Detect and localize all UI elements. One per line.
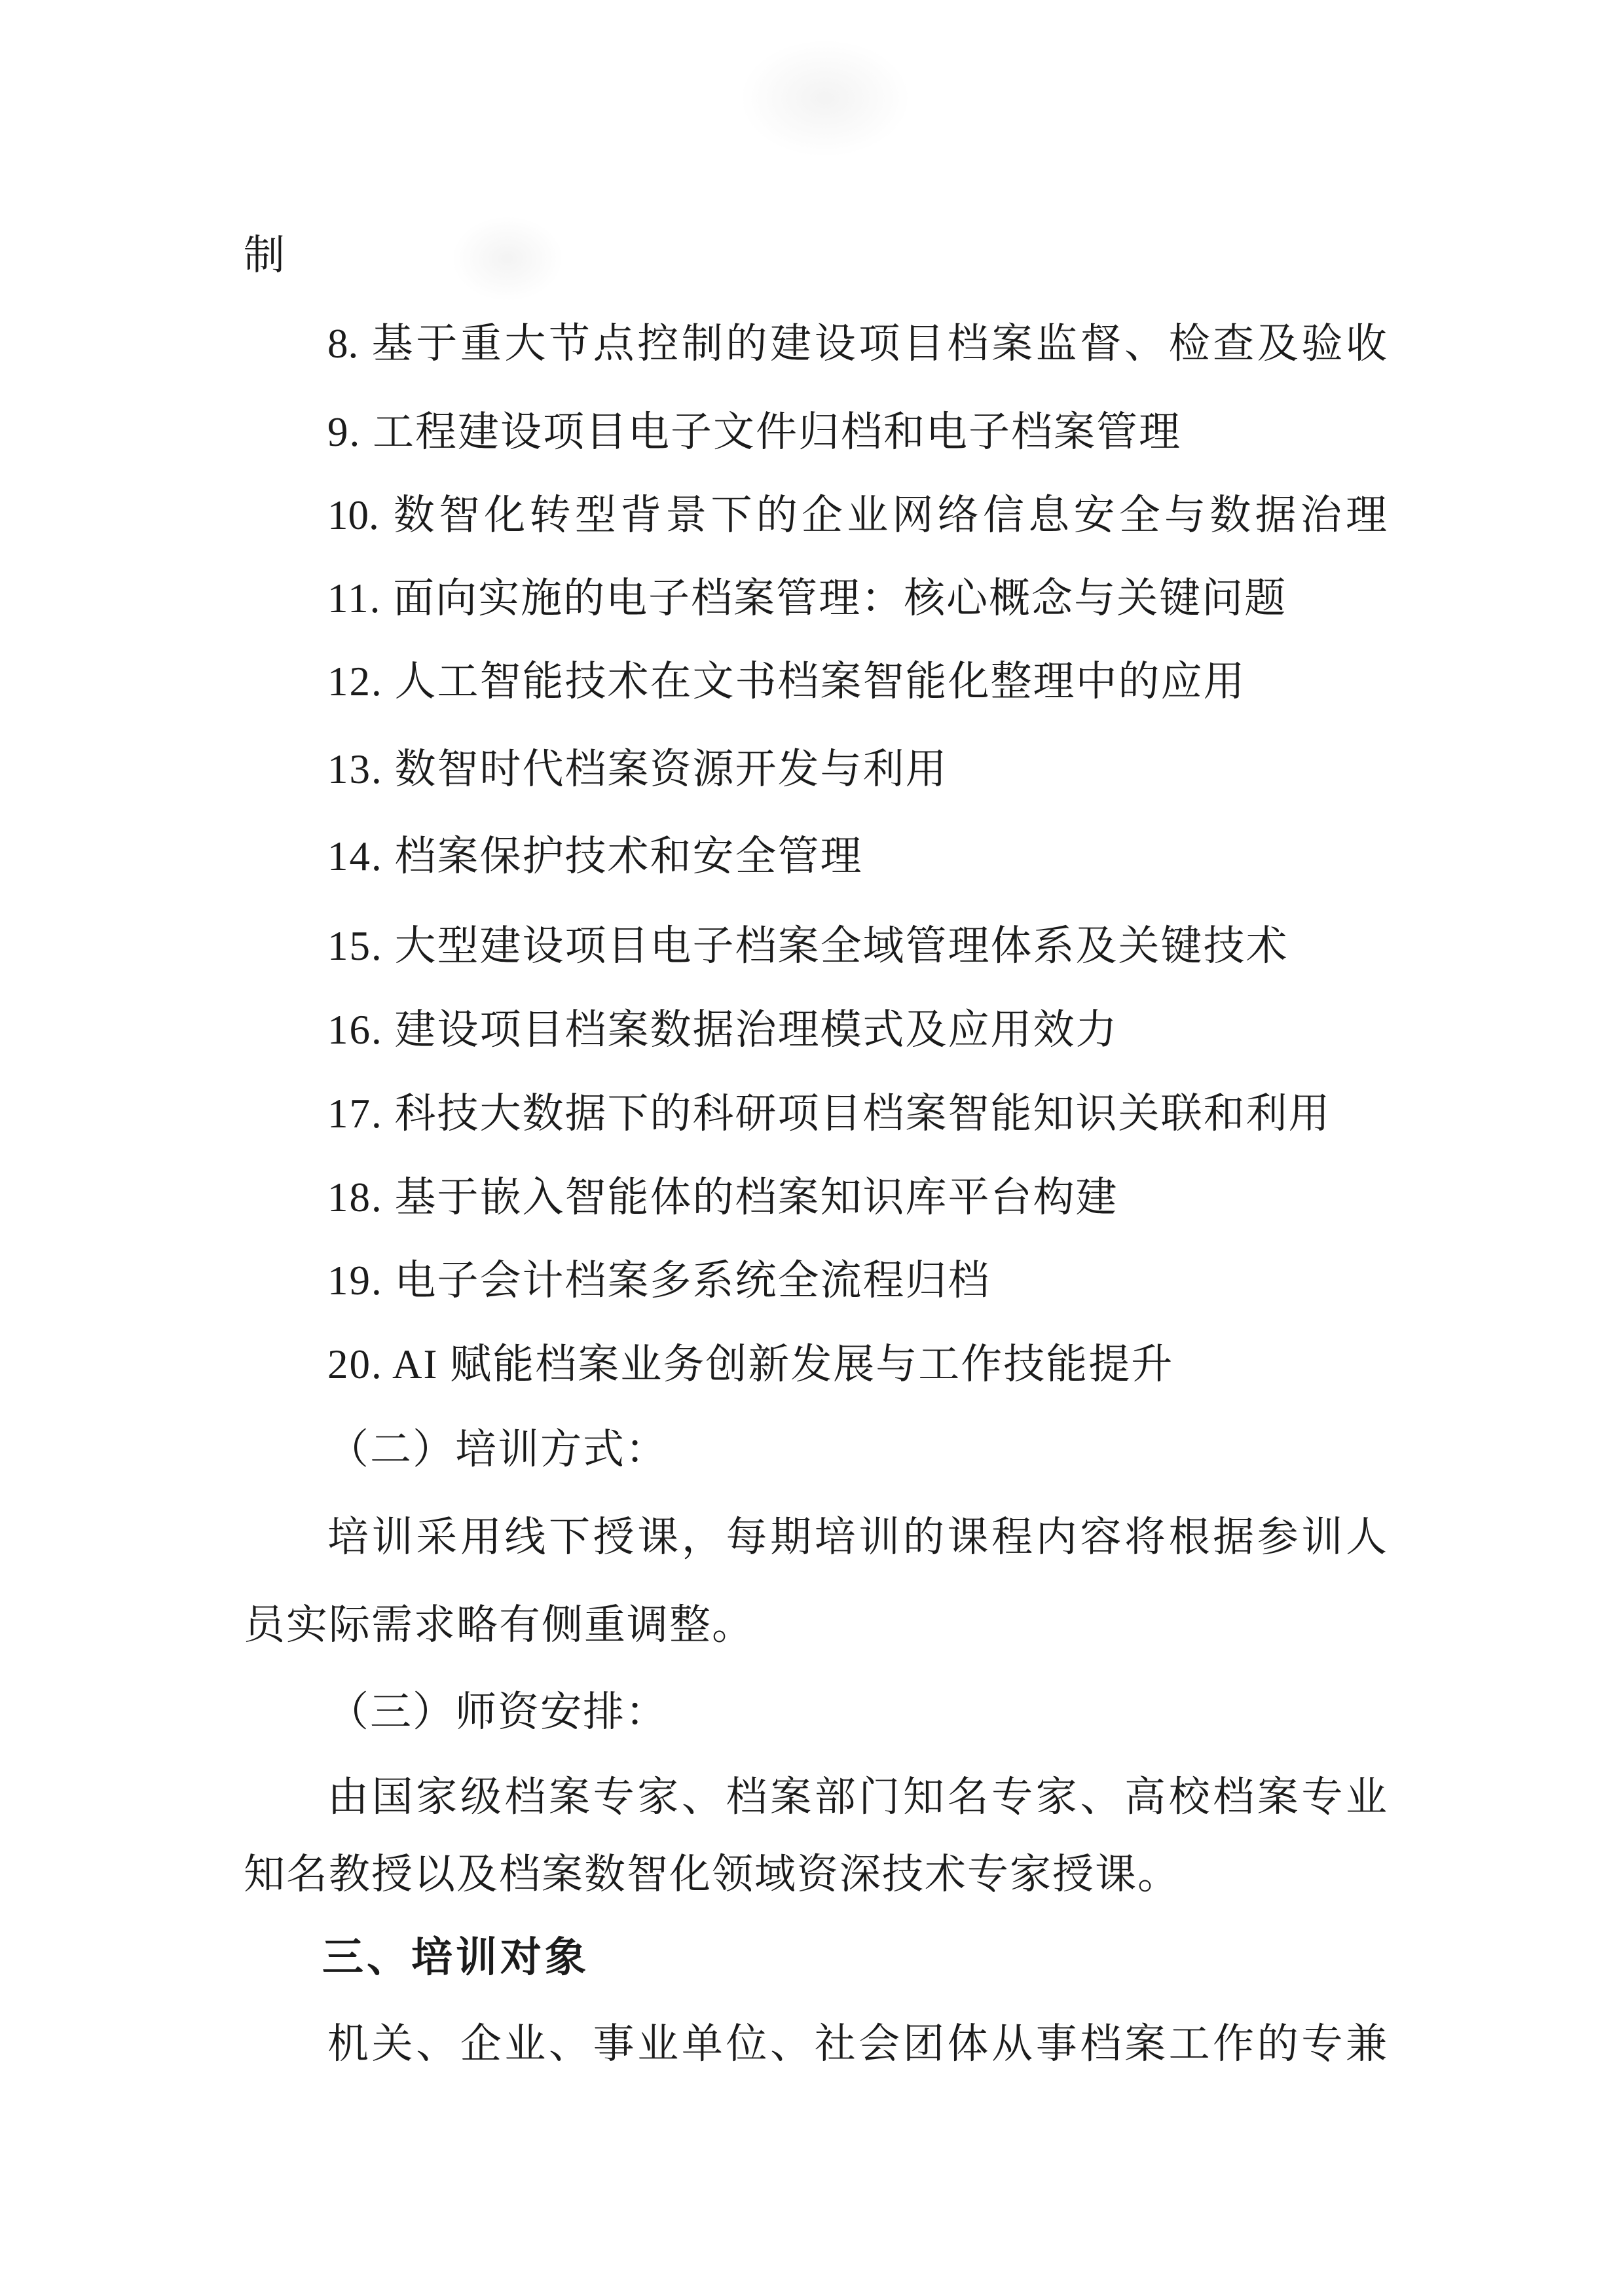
subheading-teacher-arrangement: （三）师资安排： [327, 1692, 668, 1733]
document-page: 制 8. 基于重大节点控制的建设项目档案监督、检查及验收 9. 工程建设项目电子… [0, 0, 1624, 2296]
course-item-18: 18. 基于嵌入智能体的档案知识库平台构建 [327, 1177, 1118, 1218]
teacher-arrangement-paragraph-line2: 知名教授以及档案数智化领域资深技术专家授课。 [244, 1854, 1180, 1895]
course-item-11: 11. 面向实施的电子档案管理：核心概念与关键问题 [327, 578, 1287, 619]
training-method-paragraph-line2: 员实际需求略有侧重调整。 [244, 1605, 754, 1646]
section-heading-training-target: 三、培训对象 [322, 1937, 589, 1978]
training-method-paragraph-line1: 培训采用线下授课，每期培训的课程内容将根据参训人 [327, 1517, 1387, 1558]
course-item-16: 16. 建设项目档案数据治理模式及应用效力 [327, 1010, 1118, 1051]
course-item-12: 12. 人工智能技术在文书档案智能化整理中的应用 [327, 661, 1246, 702]
course-item-8: 8. 基于重大节点控制的建设项目档案监督、检查及验收 [327, 323, 1387, 365]
course-item-10: 10. 数智化转型背景下的企业网络信息安全与数据治理 [327, 495, 1387, 536]
course-item-14: 14. 档案保护技术和安全管理 [327, 836, 863, 877]
teacher-arrangement-paragraph-line1: 由国家级档案专家、档案部门知名专家、高校档案专业 [327, 1777, 1387, 1818]
carryover-line: 制 [244, 235, 286, 276]
scan-artifact [740, 39, 910, 157]
course-item-20: 20. AI 赋能档案业务创新发展与工作技能提升 [327, 1344, 1173, 1385]
training-target-paragraph-line1: 机关、企业、事业单位、社会团体从事档案工作的专兼 [327, 2024, 1387, 2065]
course-item-19: 19. 电子会计档案多系统全流程归档 [327, 1260, 991, 1302]
course-item-13: 13. 数智时代档案资源开发与利用 [327, 749, 948, 790]
scan-artifact [452, 216, 563, 301]
course-item-17: 17. 科技大数据下的科研项目档案智能知识关联和利用 [327, 1093, 1331, 1135]
course-item-15: 15. 大型建设项目电子档案全域管理体系及关键技术 [327, 926, 1289, 967]
course-item-9: 9. 工程建设项目电子文件归档和电子档案管理 [327, 412, 1181, 453]
subheading-training-method: （二）培训方式： [327, 1429, 668, 1470]
